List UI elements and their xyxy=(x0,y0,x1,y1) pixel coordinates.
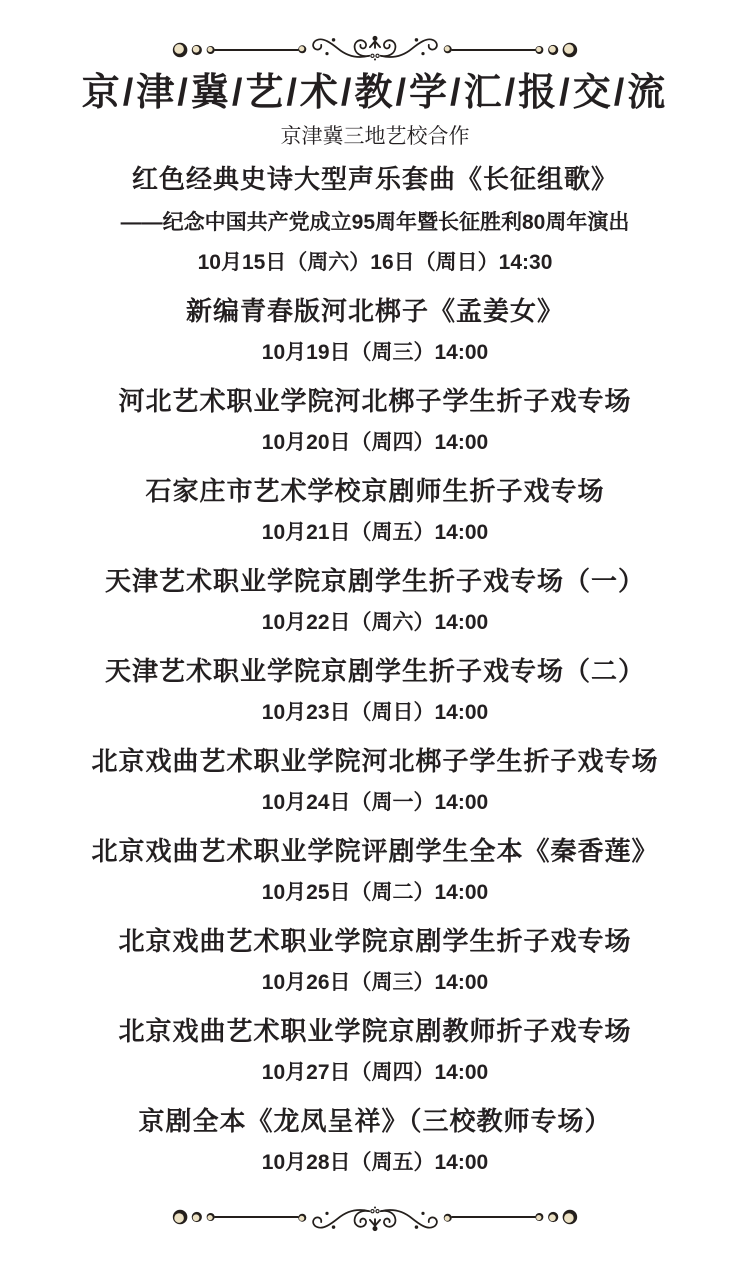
event-date: 10月27日（周四）14:00 xyxy=(0,1060,750,1086)
event-item: 石家庄市艺术学校京剧师生折子戏专场 10月21日（周五）14:00 xyxy=(0,476,750,546)
event-date: 10月25日（周二）14:00 xyxy=(0,880,750,906)
bottom-flourish-divider-icon xyxy=(97,1201,653,1233)
event-date: 10月20日（周四）14:00 xyxy=(0,430,750,456)
page-title: 京/津/冀/艺/术/教/学/汇/报/交/流 xyxy=(0,72,750,114)
event-date: 10月21日（周五）14:00 xyxy=(0,520,750,546)
event-list: 红色经典史诗大型声乐套曲《长征组歌》 ——纪念中国共产党成立95周年暨长征胜利8… xyxy=(0,164,750,1176)
event-item: 天津艺术职业学院京剧学生折子戏专场（一） 10月22日（周六）14:00 xyxy=(0,566,750,636)
event-title: 京剧全本《龙凤呈祥》（三校教师专场） xyxy=(0,1106,750,1136)
event-date: 10月26日（周三）14:00 xyxy=(0,970,750,996)
event-date: 10月15日（周六）16日（周日）14:30 xyxy=(0,250,750,276)
event-item: 河北艺术职业学院河北梆子学生折子戏专场 10月20日（周四）14:00 xyxy=(0,386,750,456)
event-title: 新编青春版河北梆子《孟姜女》 xyxy=(0,296,750,326)
event-date: 10月28日（周五）14:00 xyxy=(0,1150,750,1176)
event-item: 北京戏曲艺术职业学院京剧教师折子戏专场 10月27日（周四）14:00 xyxy=(0,1016,750,1086)
event-item: 红色经典史诗大型声乐套曲《长征组歌》 ——纪念中国共产党成立95周年暨长征胜利8… xyxy=(0,164,750,276)
event-note: ——纪念中国共产党成立95周年暨长征胜利80周年演出 xyxy=(0,210,750,236)
event-item: 北京戏曲艺术职业学院河北梆子学生折子戏专场 10月24日（周一）14:00 xyxy=(0,746,750,816)
event-title: 北京戏曲艺术职业学院京剧学生折子戏专场 xyxy=(0,926,750,956)
event-title: 北京戏曲艺术职业学院河北梆子学生折子戏专场 xyxy=(0,746,750,776)
event-item: 新编青春版河北梆子《孟姜女》 10月19日（周三）14:00 xyxy=(0,296,750,366)
event-title: 红色经典史诗大型声乐套曲《长征组歌》 xyxy=(0,164,750,194)
event-date: 10月19日（周三）14:00 xyxy=(0,340,750,366)
schedule-poster: 京/津/冀/艺/术/教/学/汇/报/交/流 京津冀三地艺校合作 红色经典史诗大型… xyxy=(0,0,750,1264)
event-title: 北京戏曲艺术职业学院京剧教师折子戏专场 xyxy=(0,1016,750,1046)
event-title: 天津艺术职业学院京剧学生折子戏专场（二） xyxy=(0,656,750,686)
event-title: 北京戏曲艺术职业学院评剧学生全本《秦香莲》 xyxy=(0,836,750,866)
page-subtitle: 京津冀三地艺校合作 xyxy=(0,125,750,149)
event-date: 10月24日（周一）14:00 xyxy=(0,790,750,816)
event-date: 10月23日（周日）14:00 xyxy=(0,700,750,726)
event-item: 北京戏曲艺术职业学院京剧学生折子戏专场 10月26日（周三）14:00 xyxy=(0,926,750,996)
event-title: 天津艺术职业学院京剧学生折子戏专场（一） xyxy=(0,566,750,596)
event-item: 北京戏曲艺术职业学院评剧学生全本《秦香莲》 10月25日（周二）14:00 xyxy=(0,836,750,906)
event-date: 10月22日（周六）14:00 xyxy=(0,610,750,636)
event-item: 天津艺术职业学院京剧学生折子戏专场（二） 10月23日（周日）14:00 xyxy=(0,656,750,726)
event-item: 京剧全本《龙凤呈祥》（三校教师专场） 10月28日（周五）14:00 xyxy=(0,1106,750,1176)
event-title: 河北艺术职业学院河北梆子学生折子戏专场 xyxy=(0,386,750,416)
top-flourish-divider-icon xyxy=(97,34,653,66)
event-title: 石家庄市艺术学校京剧师生折子戏专场 xyxy=(0,476,750,506)
